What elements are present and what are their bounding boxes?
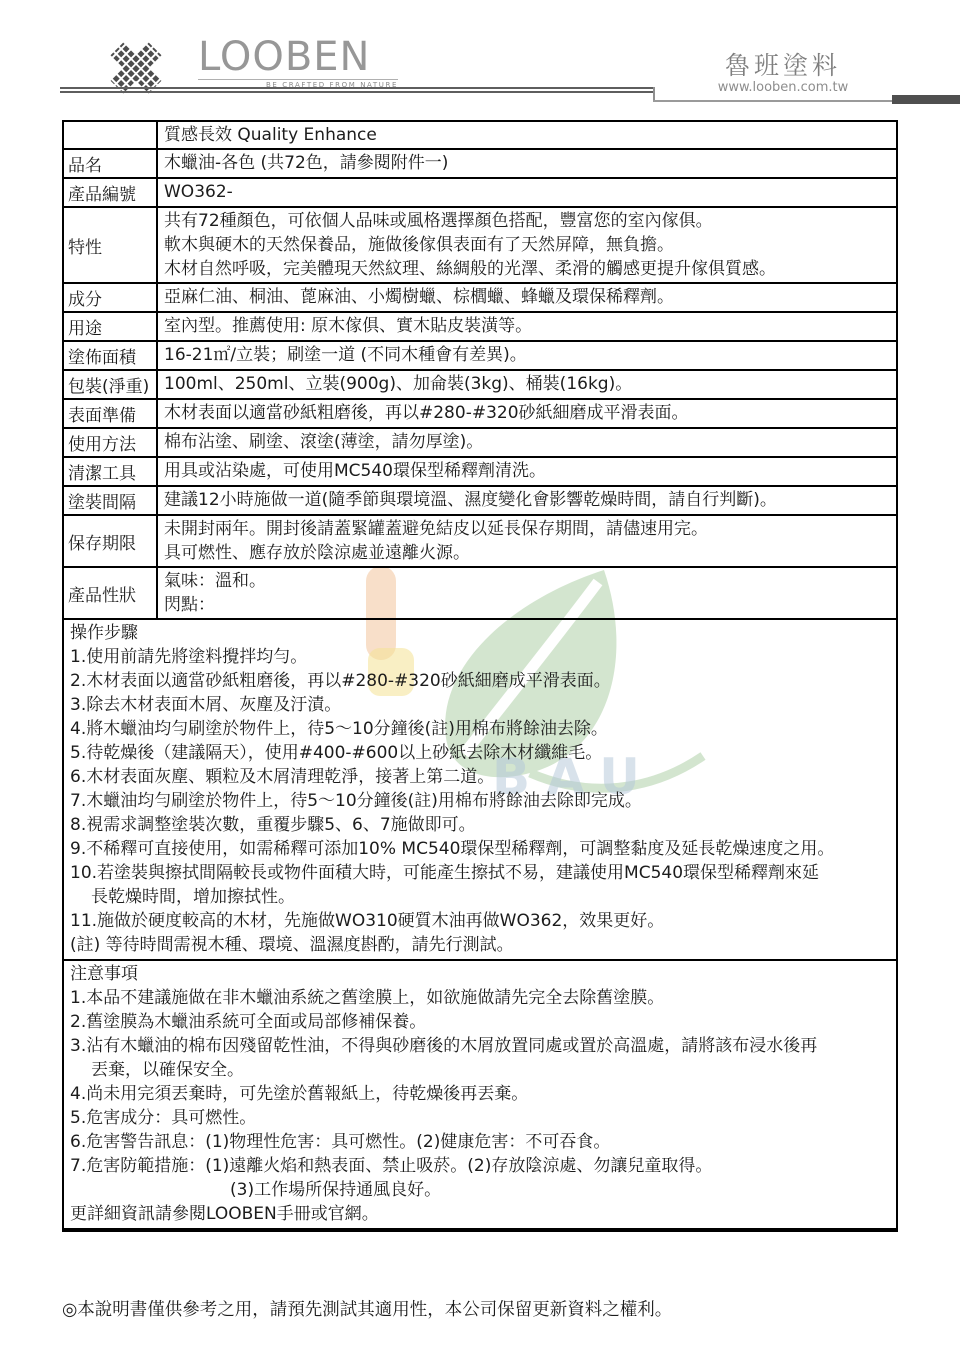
spec-row-label: 塗裝間隔 xyxy=(64,487,158,514)
step-line: 5.待乾燥後（建議隔天），使用#400-#600以上砂紙去除木材纖維毛。 xyxy=(70,741,892,765)
header-rule-left xyxy=(60,87,655,93)
spec-row-recoat-interval: 塗裝間隔 建議12小時施做一道(隨季節與環境溫、濕度變化會影響乾燥時間，請自行判… xyxy=(64,485,896,514)
spec-line: 未開封兩年。開封後請蓋緊罐蓋避免結皮以延長保存期間，請儘速用完。 xyxy=(164,517,892,541)
footer-disclaimer: ◎本說明書僅供參考之用，請預先測試其適用性，本公司保留更新資料之權利。 xyxy=(62,1296,672,1321)
spec-row-label: 塗佈面積 xyxy=(64,342,158,369)
header-rule-endcap xyxy=(892,95,960,104)
spec-row-quality: 質感長效 Quality Enhance xyxy=(64,122,896,148)
spec-line: WO362- xyxy=(164,180,892,204)
spec-row-packaging: 包裝(淨重) 100ml、250ml、立裝(900g)、加侖裝(3kg)、桶裝(… xyxy=(64,369,896,398)
spec-line: 木材自然呼吸，完美體現天然紋理、絲綢般的光澤、柔滑的觸感更提升傢俱質感。 xyxy=(164,257,892,281)
step-line: 10.若塗裝與擦拭間隔較長或物件面積大時，可能產生擦拭不易，建議使用MC540環… xyxy=(70,861,892,885)
brand-name-zh: 魯班塗料 xyxy=(688,46,878,82)
spec-line: 用具或沾染處，可使用MC540環保型稀釋劑清洗。 xyxy=(164,459,892,483)
spec-line: 軟木與硬木的天然保養品，施做後傢俱表面有了天然屏障，無負擔。 xyxy=(164,233,892,257)
note-line-continuation: 丟棄，以確保安全。 xyxy=(70,1058,892,1082)
spec-row-application-method: 使用方法 棉布沾塗、刷塗、滾塗(薄塗，請勿厚塗)。 xyxy=(64,427,896,456)
spec-row-label: 使用方法 xyxy=(64,429,158,456)
steps-title: 操作步驟 xyxy=(70,621,892,645)
header-rule-right xyxy=(653,100,893,102)
spec-row-label: 清潔工具 xyxy=(64,458,158,485)
spec-line: 建議12小時施做一道(隨季節與環境溫、濕度變化會影響乾燥時間，請自行判斷)。 xyxy=(164,488,892,512)
spec-row-label: 保存期限 xyxy=(64,516,158,566)
step-line: 2.木材表面以適當砂紙粗磨後，再以#280-#320砂紙細磨成平滑表面。 xyxy=(70,669,892,693)
spec-line: 棉布沾塗、刷塗、滾塗(薄塗，請勿厚塗)。 xyxy=(164,430,892,454)
spec-row-usage: 用途 室內型。推薦使用: 原木傢俱、實木貼皮裝潢等。 xyxy=(64,311,896,340)
spec-row-surface-prep: 表面準備 木材表面以適當砂紙粗磨後，再以#280-#320砂紙細磨成平滑表面。 xyxy=(64,398,896,427)
spec-row-label: 包裝(淨重) xyxy=(64,371,158,398)
spec-line: 16-21㎡/立裝；刷塗一道 (不同木種會有差異)。 xyxy=(164,343,892,367)
spec-row-ingredients: 成分 亞麻仁油、桐油、蓖麻油、小燭樹蠟、棕櫚蠟、蜂蠟及環保稀釋劑。 xyxy=(64,282,896,311)
step-line: 7.木蠟油均勻刷塗於物件上，待5～10分鐘後(註)用棉布將餘油去除即完成。 xyxy=(70,789,892,813)
note-more-info: 更詳細資訊請參閱LOOBEN手冊或官網。 xyxy=(70,1202,892,1226)
step-line: 3.除去木材表面木屑、灰塵及汙漬。 xyxy=(70,693,892,717)
spec-row-product-properties: 產品性狀 氣味：溫和。 閃點： xyxy=(64,566,896,618)
note-line: 7.危害防範措施：(1)遠離火焰和熱表面、禁止吸菸。(2)存放陰涼處、勿讓兒童取… xyxy=(70,1154,892,1178)
spec-row-label: 產品編號 xyxy=(64,179,158,206)
spec-row-coverage: 塗佈面積 16-21㎡/立裝；刷塗一道 (不同木種會有差異)。 xyxy=(64,340,896,369)
brand-block: LOOBEN BE CRAFTED FROM NATURE xyxy=(198,36,398,89)
spec-row-label: 產品性狀 xyxy=(64,568,158,618)
step-line: 11.施做於硬度較高的木材，先施做WO310硬質木油再做WO362，效果更好。 xyxy=(70,909,892,933)
spec-row-cleaning-tools: 清潔工具 用具或沾染處，可使用MC540環保型稀釋劑清洗。 xyxy=(64,456,896,485)
spec-line: 閃點： xyxy=(164,593,892,617)
note-line: 4.尚未用完須丟棄時，可先塗於舊報紙上，待乾燥後再丟棄。 xyxy=(70,1082,892,1106)
note-line: 3.沾有木蠟油的棉布因殘留乾性油，不得與砂磨後的木屑放置同處或置於高溫處，請將該… xyxy=(70,1034,892,1058)
note-line: 1.本品不建議施做在非木蠟油系統之舊塗膜上，如欲施做請先完全去除舊塗膜。 xyxy=(70,986,892,1010)
spec-line: 氣味：溫和。 xyxy=(164,569,892,593)
note-line-continuation: (3)工作場所保持通風良好。 xyxy=(70,1178,892,1202)
spec-row-label: 品名 xyxy=(64,150,158,177)
spec-line: 具可燃性、應存放於陰涼處並遠離火源。 xyxy=(164,541,892,565)
spec-row-label xyxy=(64,122,158,148)
spec-row-label: 成分 xyxy=(64,284,158,311)
spec-row-label: 特性 xyxy=(64,208,158,282)
spec-row-label: 用途 xyxy=(64,313,158,340)
spec-line: 亞麻仁油、桐油、蓖麻油、小燭樹蠟、棕櫚蠟、蜂蠟及環保稀釋劑。 xyxy=(164,285,892,309)
step-footnote: (註) 等待時間需視木種、環境、溫濕度斟酌，請先行測試。 xyxy=(70,933,892,957)
spec-line: 100ml、250ml、立裝(900g)、加侖裝(3kg)、桶裝(16kg)。 xyxy=(164,372,892,396)
note-line: 5.危害成分：具可燃性。 xyxy=(70,1106,892,1130)
notes-section: 注意事項 1.本品不建議施做在非木蠟油系統之舊塗膜上，如欲施做請先完全去除舊塗膜… xyxy=(64,959,896,1228)
product-spec-sheet: LOOBEN BE CRAFTED FROM NATURE 魯班塗料 www.l… xyxy=(0,0,960,1358)
steps-section: 操作步驟 1.使用前請先將塗料攪拌均勻。 2.木材表面以適當砂紙粗磨後，再以#2… xyxy=(64,618,896,959)
spec-row-label: 表面準備 xyxy=(64,400,158,427)
step-line: 4.將木蠟油均勻刷塗於物件上，待5～10分鐘後(註)用棉布將餘油去除。 xyxy=(70,717,892,741)
website-url: www.looben.com.tw xyxy=(688,80,878,95)
step-line: 1.使用前請先將塗料攪拌均勻。 xyxy=(70,645,892,669)
step-line: 8.視需求調整塗裝次數，重覆步驟5、6、7施做即可。 xyxy=(70,813,892,837)
step-line: 6.木材表面灰塵、顆粒及木屑清理乾淨，接著上第二道。 xyxy=(70,765,892,789)
step-line-continuation: 長乾燥時間，增加擦拭性。 xyxy=(70,885,892,909)
spec-line: 共有72種顏色，可依個人品味或風格選擇顏色搭配，豐富您的室內傢俱。 xyxy=(164,209,892,233)
spec-row-features: 特性 共有72種顏色，可依個人品味或風格選擇顏色搭配，豐富您的室內傢俱。 軟木與… xyxy=(64,206,896,282)
brand-wordmark: LOOBEN xyxy=(198,36,398,78)
spec-row-product-name: 品名 木蠟油-各色 (共72色，請參閱附件一) xyxy=(64,148,896,177)
spec-row-shelf-life: 保存期限 未開封兩年。開封後請蓋緊罐蓋避免結皮以延長保存期間，請儘速用完。 具可… xyxy=(64,514,896,566)
spec-line: 木材表面以適當砂紙粗磨後，再以#280-#320砂紙細磨成平滑表面。 xyxy=(164,401,892,425)
note-line: 6.危害警告訊息：(1)物理性危害：具可燃性。(2)健康危害：不可吞食。 xyxy=(70,1130,892,1154)
spec-row-product-code: 產品編號 WO362- xyxy=(64,177,896,206)
spec-line: 質感長效 Quality Enhance xyxy=(164,123,892,147)
note-line: 2.舊塗膜為木蠟油系統可全面或局部修補保養。 xyxy=(70,1010,892,1034)
step-line: 9.不稀釋可直接使用，如需稀釋可添加10% MC540環保型稀釋劑，可調整黏度及… xyxy=(70,837,892,861)
notes-title: 注意事項 xyxy=(70,962,892,986)
spec-line: 室內型。推薦使用: 原木傢俱、實木貼皮裝潢等。 xyxy=(164,314,892,338)
spec-table: 質感長效 Quality Enhance 品名 木蠟油-各色 (共72色，請參閱… xyxy=(62,120,898,1232)
spec-line: 木蠟油-各色 (共72色，請參閱附件一) xyxy=(164,151,892,175)
